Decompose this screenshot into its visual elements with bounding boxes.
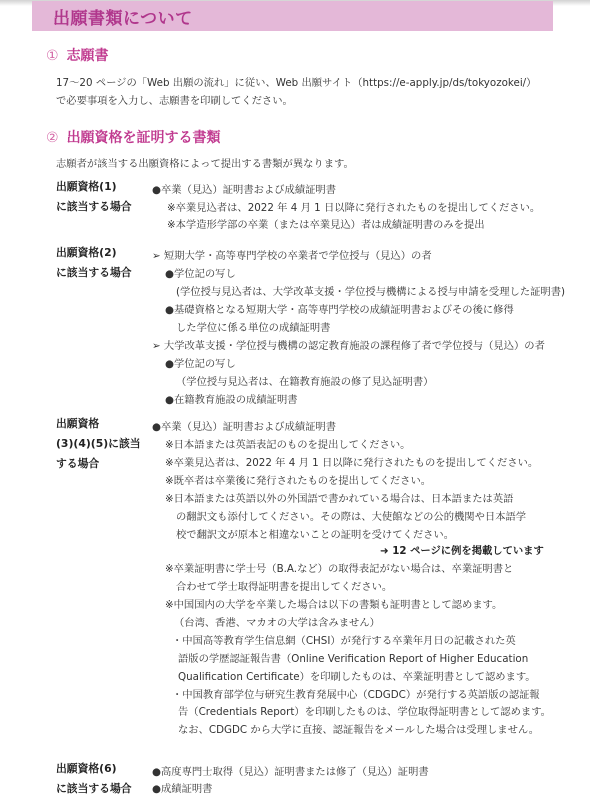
qual-2-subgroup-heading: ➢ 短期大学・高等専門学校の卒業者で学位授与（見込）の者	[152, 247, 432, 262]
qual-345-chsi-item-cont: 語版の学歴認証報告書（Online Verification Report of…	[178, 650, 528, 665]
qual-1-label: 出願資格(1) に該当する場合	[56, 177, 132, 217]
section-2-heading: ②出願資格を証明する書類	[46, 127, 221, 147]
section-2-title: 出願資格を証明する書類	[67, 130, 221, 146]
qual-345-item: ●卒業（見込）証明書および成績証明書	[152, 418, 336, 433]
qual-2-item: ●基礎資格となる短期大学・高等専門学校の成績証明書およびその後に修得	[165, 301, 514, 316]
qual-2-note: (学位授与見込者は、大学改革支援・学位授与機構による授与申請を受理した証明書)	[176, 283, 565, 298]
qual-6-item: ●高度専門士取得（見込）証明書または修了（見込）証明書	[152, 763, 429, 778]
qual-345-note: ※日本語または英語表記のものを提出してください。	[165, 436, 410, 451]
qual-345-note: ※日本語または英語以外の外国語で書かれている場合は、日本語または英語	[165, 490, 513, 505]
qual-345-note-cont: の翻訳文も添付してください。その際は、大使館などの公的機関や日本語学	[176, 508, 526, 523]
qual-345-cdgdc-item-cont: 告（Credentials Report）を印刷したものは、学位取得証明書として…	[178, 703, 551, 718]
section-1-text-line: で必要事項を入力し、志願書を印刷してください。	[56, 92, 293, 107]
qual-6-label-line: に該当する場合	[56, 779, 132, 795]
qual-2-label-line: 出願資格(2)	[56, 243, 132, 263]
qual-345-chsi-item-cont: Qualification Certificate）を印刷したものは、卒業証明書…	[178, 668, 536, 683]
qual-345-cdgdc-item-cont: なお、CDGDC から大学に直接、認証報告をメールした場合は受理しません。	[178, 721, 539, 736]
qual-345-note: ※既卒者は卒業後に発行されたものを提出してください。	[165, 472, 431, 487]
qual-345-note: ※卒業証明書に学士号（B.A.など）の取得表記がない場合は、卒業証明書と	[165, 560, 513, 575]
page-title: 出願書類について	[53, 4, 193, 29]
qual-6-label-line: 出願資格(6)	[56, 759, 132, 779]
qual-6-item: ●成績証明書	[152, 780, 212, 795]
qual-1-label-line: に該当する場合	[56, 197, 132, 217]
qual-345-note-cont: 合わせて学士取得証明書を提出してください。	[176, 578, 392, 593]
qual-345-chsi-item: ・中国高等教育学生信息網（CHSI）が発行する卒業年月日の記載された英	[172, 632, 516, 647]
qual-345-label-line: 出願資格	[56, 414, 141, 434]
qual-2-label-line: に該当する場合	[56, 263, 132, 283]
qual-2-note: （学位授与見込者は、在籍教育施設の修了見込証明書）	[176, 373, 433, 388]
qual-2-item-cont: した学位に係る単位の成績証明書	[176, 319, 330, 334]
section-1-number: ①	[46, 48, 59, 64]
qual-1-label-line: 出願資格(1)	[56, 177, 132, 197]
qual-345-label: 出願資格 (3)(4)(5)に該当 する場合	[56, 414, 141, 474]
qual-2-subgroup-heading: ➢ 大学改革支援・学位授与機構の認定教育施設の課程修了者で学位授与（見込）の者	[152, 337, 545, 352]
qual-345-note-cont: 校で翻訳文が原本と相違ないことの証明を受けてください。	[176, 526, 454, 541]
qual-345-note-cont: （台湾、香港、マカオの大学は含みません）	[174, 614, 380, 629]
qual-345-cdgdc-item: ・中国教育部学位与研究生教育発展中心（CDGDC）が発行する英語版の認証報	[172, 686, 540, 701]
qual-2-label: 出願資格(2) に該当する場合	[56, 243, 132, 283]
section-1-heading: ①志願書	[46, 45, 109, 65]
qual-345-label-line: (3)(4)(5)に該当	[56, 434, 141, 454]
section-2-number: ②	[46, 130, 59, 146]
qual-345-note: ※卒業見込者は、2022 年 4 月 1 日以降に発行されたものを提出してくださ…	[165, 454, 538, 469]
section-1-text-line: 17〜20 ページの「Web 出願の流れ」に従い、Web 出願サイト（https…	[56, 74, 536, 89]
qual-2-item: ●在籍教育施設の成績証明書	[165, 391, 298, 406]
section-2-intro: 志願者が該当する出願資格によって提出する書類が異なります。	[56, 155, 354, 170]
qual-6-label: 出願資格(6) に該当する場合	[56, 759, 132, 795]
qual-1-item: ●卒業（見込）証明書および成績証明書	[152, 181, 336, 196]
page-12-reference-link: ➜ 12 ページに例を掲載しています	[380, 542, 544, 557]
qual-1-note: ※卒業見込者は、2022 年 4 月 1 日以降に発行されたものを提出してくださ…	[167, 199, 540, 214]
page-header: 出願書類について	[32, 1, 553, 31]
qual-2-item: ●学位記の写し	[165, 355, 236, 370]
qual-1-note: ※本学造形学部の卒業（または卒業見込）者は成績証明書のみを提出	[167, 216, 485, 231]
section-1-title: 志願書	[67, 48, 109, 64]
qual-345-label-line: する場合	[56, 454, 141, 474]
qual-2-item: ●学位記の写し	[165, 265, 236, 280]
qual-345-note: ※中国国内の大学を卒業した場合は以下の書類も証明書として認めます。	[165, 596, 502, 611]
